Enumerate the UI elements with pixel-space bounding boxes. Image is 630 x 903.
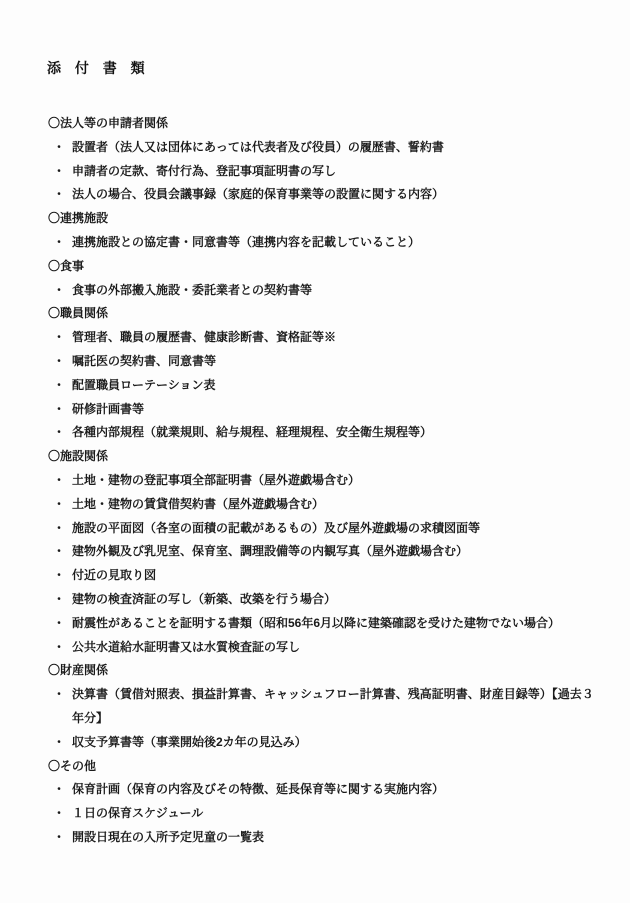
bullet-icon: ・ (53, 612, 65, 636)
bullet-icon: ・ (53, 802, 65, 826)
list-item-text: 建物外観及び乳児室、保育室、調理設備等の内観写真（屋外遊戯場含む） (72, 544, 468, 558)
list-item-text: 決算書（賃借対照表、損益計算書、キャッシュフロー計算書、残高証明書、財産目録等）… (72, 687, 594, 725)
list-item: ・食事の外部搬入施設・委託業者との契約書等 (0, 279, 602, 303)
list-item-text: 研修計画書等 (72, 402, 144, 416)
list-item: ・耐震性があることを証明する書類（昭和56年6月以降に建築確認を受けた建物でない… (0, 612, 602, 636)
list-item-text: 施設の平面図（各室の面積の記載があるもの）及び屋外遊戯場の求積図面等 (72, 521, 480, 535)
list-item: ・管理者、職員の履歴書、健康診断書、資格証等※ (0, 326, 602, 350)
list-item-text: 付近の見取り図 (72, 568, 156, 582)
list-item-text: 土地・建物の登記事項全部証明書（屋外遊戯場含む） (72, 473, 360, 487)
bullet-icon: ・ (53, 183, 65, 207)
list-item-text: 開設日現在の入所予定児童の一覧表 (72, 830, 264, 844)
list-item-text: 収支予算書等（事業開始後2カ年の見込み） (72, 735, 307, 749)
bullet-icon: ・ (53, 136, 65, 160)
bullet-icon: ・ (53, 540, 65, 564)
bullet-icon: ・ (53, 326, 65, 350)
list-item: ・保育計画（保育の内容及びその特徴、延長保育等に関する実施内容） (0, 778, 602, 802)
section-heading: 〇施設関係 (0, 445, 602, 469)
document-body: 〇法人等の申請者関係・設置者（法人又は団体にあっては代表者及び役員）の履歴書、誓… (0, 112, 602, 850)
list-item: ・開設日現在の入所予定児童の一覧表 (0, 826, 602, 850)
bullet-icon: ・ (53, 160, 65, 184)
section-heading: 〇その他 (0, 755, 602, 779)
list-item: ・土地・建物の賃貸借契約書（屋外遊戯場含む） (0, 493, 602, 517)
list-item-text: 申請者の定款、寄付行為、登記事項証明書の写し (72, 164, 336, 178)
bullet-icon: ・ (53, 683, 65, 707)
list-item: ・公共水道給水証明書又は水質検査証の写し (0, 636, 602, 660)
list-item: ・決算書（賃借対照表、損益計算書、キャッシュフロー計算書、残高証明書、財産目録等… (0, 683, 602, 731)
list-item: ・法人の場合、役員会議事録（家庭的保育事業等の設置に関する内容） (0, 183, 602, 207)
bullet-icon: ・ (53, 588, 65, 612)
list-item: ・付近の見取り図 (0, 564, 602, 588)
list-item-text: 建物の検査済証の写し（新築、改築を行う場合） (72, 592, 336, 606)
bullet-icon: ・ (53, 636, 65, 660)
list-item: ・設置者（法人又は団体にあっては代表者及び役員）の履歴書、誓約書 (0, 136, 602, 160)
list-item-text: 各種内部規程（就業規則、給与規程、経理規程、安全衛生規程等） (72, 425, 432, 439)
bullet-icon: ・ (53, 517, 65, 541)
bullet-icon: ・ (53, 231, 65, 255)
section-heading: 〇連携施設 (0, 207, 602, 231)
bullet-icon: ・ (53, 421, 65, 445)
list-item-text: 連携施設との協定書・同意書等（連携内容を記載していること） (72, 235, 420, 249)
bullet-icon: ・ (53, 350, 65, 374)
bullet-icon: ・ (53, 564, 65, 588)
list-item-text: 保育計画（保育の内容及びその特徴、延長保育等に関する実施内容） (72, 782, 444, 796)
list-item-text: １日の保育スケジュール (72, 806, 203, 820)
list-item-text: 公共水道給水証明書又は水質検査証の写し (72, 640, 300, 654)
list-item-text: 嘱託医の契約書、同意書等 (72, 354, 216, 368)
list-item: ・施設の平面図（各室の面積の記載があるもの）及び屋外遊戯場の求積図面等 (0, 517, 602, 541)
list-item: ・配置職員ローテーション表 (0, 374, 602, 398)
page-title: 添 付 書 類 (47, 56, 148, 80)
list-item-text: 土地・建物の賃貸借契約書（屋外遊戯場含む） (72, 497, 324, 511)
document-page: 添 付 書 類 〇法人等の申請者関係・設置者（法人又は団体にあっては代表者及び役… (0, 0, 630, 903)
list-item-text: 食事の外部搬入施設・委託業者との契約書等 (72, 283, 312, 297)
list-item: ・研修計画書等 (0, 398, 602, 422)
section-heading: 〇食事 (0, 255, 602, 279)
list-item: ・各種内部規程（就業規則、給与規程、経理規程、安全衛生規程等） (0, 421, 602, 445)
bullet-icon: ・ (53, 279, 65, 303)
list-item: ・申請者の定款、寄付行為、登記事項証明書の写し (0, 160, 602, 184)
list-item-text: 法人の場合、役員会議事録（家庭的保育事業等の設置に関する内容） (72, 187, 444, 201)
bullet-icon: ・ (53, 398, 65, 422)
list-item: ・嘱託医の契約書、同意書等 (0, 350, 602, 374)
bullet-icon: ・ (53, 374, 65, 398)
section-heading: 〇職員関係 (0, 302, 602, 326)
list-item-text: 管理者、職員の履歴書、健康診断書、資格証等※ (72, 330, 336, 344)
bullet-icon: ・ (53, 731, 65, 755)
bullet-icon: ・ (53, 778, 65, 802)
list-item-text: 設置者（法人又は団体にあっては代表者及び役員）の履歴書、誓約書 (72, 140, 444, 154)
section-heading: 〇法人等の申請者関係 (0, 112, 602, 136)
list-item-text: 耐震性があることを証明する書類（昭和56年6月以降に建築確認を受けた建物でない場… (72, 616, 560, 630)
list-item: ・連携施設との協定書・同意書等（連携内容を記載していること） (0, 231, 602, 255)
list-item-text: 配置職員ローテーション表 (72, 378, 216, 392)
list-item: ・建物の検査済証の写し（新築、改築を行う場合） (0, 588, 602, 612)
list-item: ・建物外観及び乳児室、保育室、調理設備等の内観写真（屋外遊戯場含む） (0, 540, 602, 564)
bullet-icon: ・ (53, 469, 65, 493)
section-heading: 〇財産関係 (0, 659, 602, 683)
list-item: ・１日の保育スケジュール (0, 802, 602, 826)
list-item: ・土地・建物の登記事項全部証明書（屋外遊戯場含む） (0, 469, 602, 493)
bullet-icon: ・ (53, 493, 65, 517)
bullet-icon: ・ (53, 826, 65, 850)
list-item: ・収支予算書等（事業開始後2カ年の見込み） (0, 731, 602, 755)
